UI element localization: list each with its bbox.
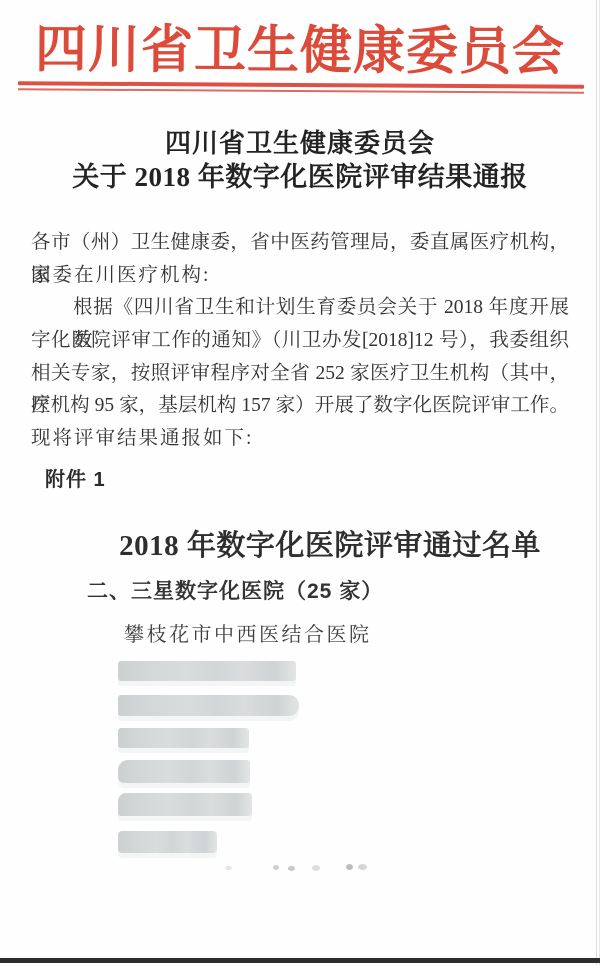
scan-speck [273,865,279,870]
list-section-heading: 二、三星数字化医院（25 家） [87,575,383,605]
paragraph-line: 疗机构 95 家，基层机构 157 家）开展了数字化医院评审工作。 [31,390,569,423]
scan-speck [225,866,232,870]
scan-speck [288,866,295,871]
letterhead-title: 四川省卫生健康委员会 [0,6,600,84]
redacted-row [118,793,252,816]
paragraph-line: 现将评审结果通报如下: [31,423,569,456]
redacted-row [118,831,217,853]
redacted-row [118,760,250,783]
salutation-line: 家委在川医疗机构: [31,260,569,293]
redacted-row [118,695,299,716]
scan-speck [312,865,320,871]
salutation-line: 各市（州）卫生健康委，省中医药管理局，委直属医疗机构，国 [31,227,569,260]
document-title-line1: 四川省卫生健康委员会 [0,127,600,160]
hospital-name: 攀枝花市中西医结合医院 [124,618,372,647]
scanner-bottom-bar [0,958,600,963]
document-title-line2: 关于 2018 年数字化医院评审结果通报 [0,160,600,194]
scan-speck [346,864,353,870]
page-edge-line [596,0,597,965]
scan-speck [358,864,367,870]
redacted-row [118,728,249,748]
letterhead-rule-thin [18,88,584,93]
document-title: 四川省卫生健康委员会 关于 2018 年数字化医院评审结果通报 [0,127,600,194]
list-title: 2018 年数字化医院评审通过名单 [60,523,600,564]
document-page: 四川省卫生健康委员会 四川省卫生健康委员会 关于 2018 年数字化医院评审结果… [0,0,600,965]
attachment-label: 附件 1 [45,463,106,492]
body-text: 各市（州）卫生健康委，省中医药管理局，委直属医疗机构，国 家委在川医疗机构: 根… [31,227,569,456]
paragraph-line: 根据《四川省卫生和计划生育委员会关于 2018 年度开展数 [31,292,569,325]
redacted-row [118,661,296,681]
paragraph-line: 字化医院评审工作的通知》（川卫办发[2018]12 号），我委组织 [31,325,569,358]
paragraph-line: 相关专家，按照评审程序对全省 252 家医疗卫生机构（其中，医 [31,358,569,391]
